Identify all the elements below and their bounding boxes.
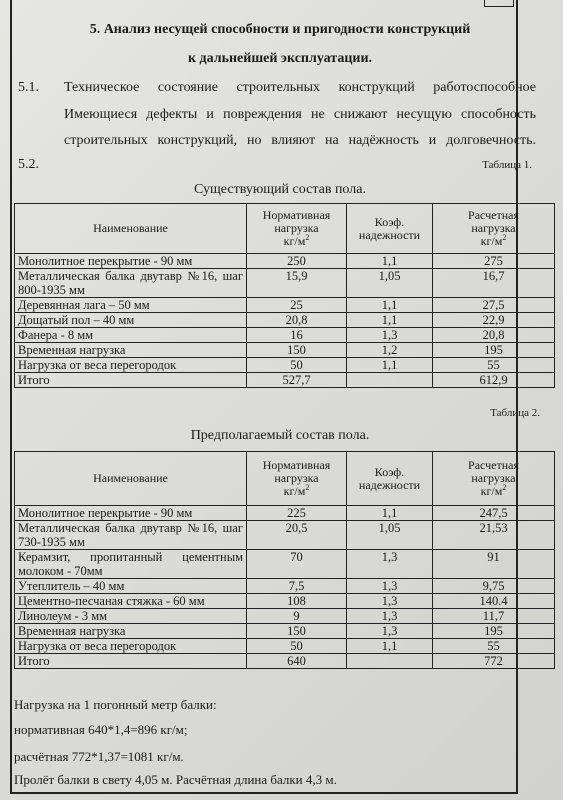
table-row: Деревянная лага – 50 мм251,127,5: [15, 298, 555, 313]
cell-calculated: 9,75: [433, 579, 555, 594]
cell-coef: 1,05: [347, 269, 433, 298]
cell-name: Цементно-песчаная стяжка - 60 мм: [15, 594, 247, 609]
cell-coef: 1,1: [347, 298, 433, 313]
col-header-coef: Коэф.надежности: [347, 204, 433, 254]
table1-existing-floor: Наименование Нормативнаянагрузкакг/м2 Ко…: [14, 203, 555, 388]
cell-normative: 7,5: [247, 579, 347, 594]
table-row: Итого640772: [15, 654, 555, 669]
stamp-corner-box: [484, 0, 514, 7]
col-header-name: Наименование: [15, 452, 247, 506]
col-header-normative: Нормативнаянагрузкакг/м2: [247, 204, 347, 254]
calc-normative: нормативная 640*1,4=896 кг/м;: [14, 722, 188, 738]
cell-normative: 250: [247, 254, 347, 269]
cell-calculated: 20,8: [433, 328, 555, 343]
paragraph-number-5-1: 5.1.: [18, 80, 39, 96]
col-header-normative: Нормативнаянагрузкакг/м2: [247, 452, 347, 506]
table-header-row: Наименование Нормативнаянагрузкакг/м2 Ко…: [15, 452, 555, 506]
cell-calculated: 195: [433, 624, 555, 639]
cell-calculated: 91: [433, 550, 555, 579]
cell-calculated: 772: [433, 654, 555, 669]
cell-name: Временная нагрузка: [15, 624, 247, 639]
cell-calculated: 55: [433, 639, 555, 654]
paragraph-5-1-line: строительных конструкций, но влияют на н…: [64, 133, 536, 149]
table-row: Временная нагрузка1501,2195: [15, 343, 555, 358]
table-row: Фанера - 8 мм161,320,8: [15, 328, 555, 343]
cell-name: Монолитное перекрытие - 90 мм: [15, 254, 247, 269]
paragraph-number-5-2: 5.2.: [18, 157, 39, 173]
cell-coef: 1,3: [347, 579, 433, 594]
cell-coef: 1,1: [347, 639, 433, 654]
cell-normative: 20,5: [247, 521, 347, 550]
cell-name: Дощатый пол – 40 мм: [15, 313, 247, 328]
calc-heading: Нагрузка на 1 погонный метр балки:: [14, 697, 217, 713]
cell-name: Временная нагрузка: [15, 343, 247, 358]
cell-normative: 16: [247, 328, 347, 343]
cell-normative: 527,7: [247, 373, 347, 388]
table-row: Нагрузка от веса перегородок501,155: [15, 358, 555, 373]
cell-calculated: 275: [433, 254, 555, 269]
cell-name: Утеплитель – 40 мм: [15, 579, 247, 594]
cell-normative: 15,9: [247, 269, 347, 298]
cell-coef: 1,2: [347, 343, 433, 358]
cell-calculated: 16,7: [433, 269, 555, 298]
cell-name: Деревянная лага – 50 мм: [15, 298, 247, 313]
cell-normative: 150: [247, 343, 347, 358]
cell-coef: 1,1: [347, 313, 433, 328]
cell-normative: 50: [247, 358, 347, 373]
cell-name: Нагрузка от веса перегородок: [15, 639, 247, 654]
cell-normative: 25: [247, 298, 347, 313]
cell-coef: 1,1: [347, 358, 433, 373]
cell-calculated: 195: [433, 343, 555, 358]
paragraph-5-1-line: Имеющиеся дефекты и повреждения не снижа…: [64, 107, 536, 123]
cell-coef: 1,3: [347, 550, 433, 579]
table-row: Дощатый пол – 40 мм20,81,122,9: [15, 313, 555, 328]
cell-name: Фанера - 8 мм: [15, 328, 247, 343]
cell-name: Нагрузка от веса перегородок: [15, 358, 247, 373]
cell-coef: 1,3: [347, 609, 433, 624]
col-header-calculated: Расчетнаянагрузкакг/м2: [433, 452, 555, 506]
col-header-calculated: Расчетнаянагрузкакг/м2: [433, 204, 555, 254]
table-row: Металлическая балка двутавр №16, шаг 800…: [15, 269, 555, 298]
table2-proposed-floor: Наименование Нормативнаянагрузкакг/м2 Ко…: [14, 451, 555, 669]
table-row: Керамзит, пропитанный цементным молоком …: [15, 550, 555, 579]
table-row: Линолеум - 3 мм91,311,7: [15, 609, 555, 624]
cell-coef: [347, 373, 433, 388]
table-row: Нагрузка от веса перегородок501,155: [15, 639, 555, 654]
table-row: Монолитное перекрытие - 90 мм2251,1247,5: [15, 506, 555, 521]
cell-name: Итого: [15, 373, 247, 388]
cell-calculated: 22,9: [433, 313, 555, 328]
table-row: Цементно-песчаная стяжка - 60 мм1081,314…: [15, 594, 555, 609]
section-title: 5. Анализ несущей способности и пригодно…: [14, 22, 546, 38]
calc-span: Пролёт балки в свету 4,05 м. Расчётная д…: [14, 772, 337, 788]
section-title-line2: к дальнейшей эксплуатации.: [14, 51, 546, 67]
table1-label: Таблица 1.: [482, 159, 532, 171]
col-header-coef: Коэф.надежности: [347, 452, 433, 506]
table2-title: Предполагаемый состав пола.: [14, 428, 546, 444]
table-row: Итого527,7612,9: [15, 373, 555, 388]
cell-calculated: 612,9: [433, 373, 555, 388]
cell-name: Керамзит, пропитанный цементным молоком …: [15, 550, 247, 579]
cell-name: Монолитное перекрытие - 90 мм: [15, 506, 247, 521]
cell-coef: 1,3: [347, 594, 433, 609]
table-row: Металлическая балка двутавр №16, шаг 730…: [15, 521, 555, 550]
cell-coef: 1,1: [347, 506, 433, 521]
cell-coef: 1,3: [347, 328, 433, 343]
cell-coef: [347, 654, 433, 669]
cell-normative: 108: [247, 594, 347, 609]
cell-normative: 70: [247, 550, 347, 579]
table-row: Монолитное перекрытие - 90 мм2501,1275: [15, 254, 555, 269]
cell-normative: 225: [247, 506, 347, 521]
col-header-name: Наименование: [15, 204, 247, 254]
cell-calculated: 21,53: [433, 521, 555, 550]
table-row: Утеплитель – 40 мм7,51,39,75: [15, 579, 555, 594]
cell-calculated: 27,5: [433, 298, 555, 313]
cell-calculated: 140.4: [433, 594, 555, 609]
table-header-row: Наименование Нормативнаянагрузкакг/м2 Ко…: [15, 204, 555, 254]
table2-label: Таблица 2.: [490, 407, 540, 419]
paragraph-5-1-line: Техническое состояние строительных конст…: [64, 80, 536, 96]
cell-coef: 1,05: [347, 521, 433, 550]
cell-name: Линолеум - 3 мм: [15, 609, 247, 624]
cell-coef: 1,1: [347, 254, 433, 269]
cell-calculated: 247,5: [433, 506, 555, 521]
cell-coef: 1,3: [347, 624, 433, 639]
calc-design: расчётная 772*1,37=1081 кг/м.: [14, 749, 184, 765]
table-row: Временная нагрузка1501,3195: [15, 624, 555, 639]
cell-normative: 9: [247, 609, 347, 624]
cell-name: Металлическая балка двутавр №16, шаг 730…: [15, 521, 247, 550]
cell-name: Итого: [15, 654, 247, 669]
cell-calculated: 55: [433, 358, 555, 373]
cell-normative: 150: [247, 624, 347, 639]
table1-title: Существующий состав пола.: [14, 182, 546, 198]
cell-name: Металлическая балка двутавр №16, шаг 800…: [15, 269, 247, 298]
cell-normative: 640: [247, 654, 347, 669]
cell-normative: 20,8: [247, 313, 347, 328]
cell-normative: 50: [247, 639, 347, 654]
cell-calculated: 11,7: [433, 609, 555, 624]
